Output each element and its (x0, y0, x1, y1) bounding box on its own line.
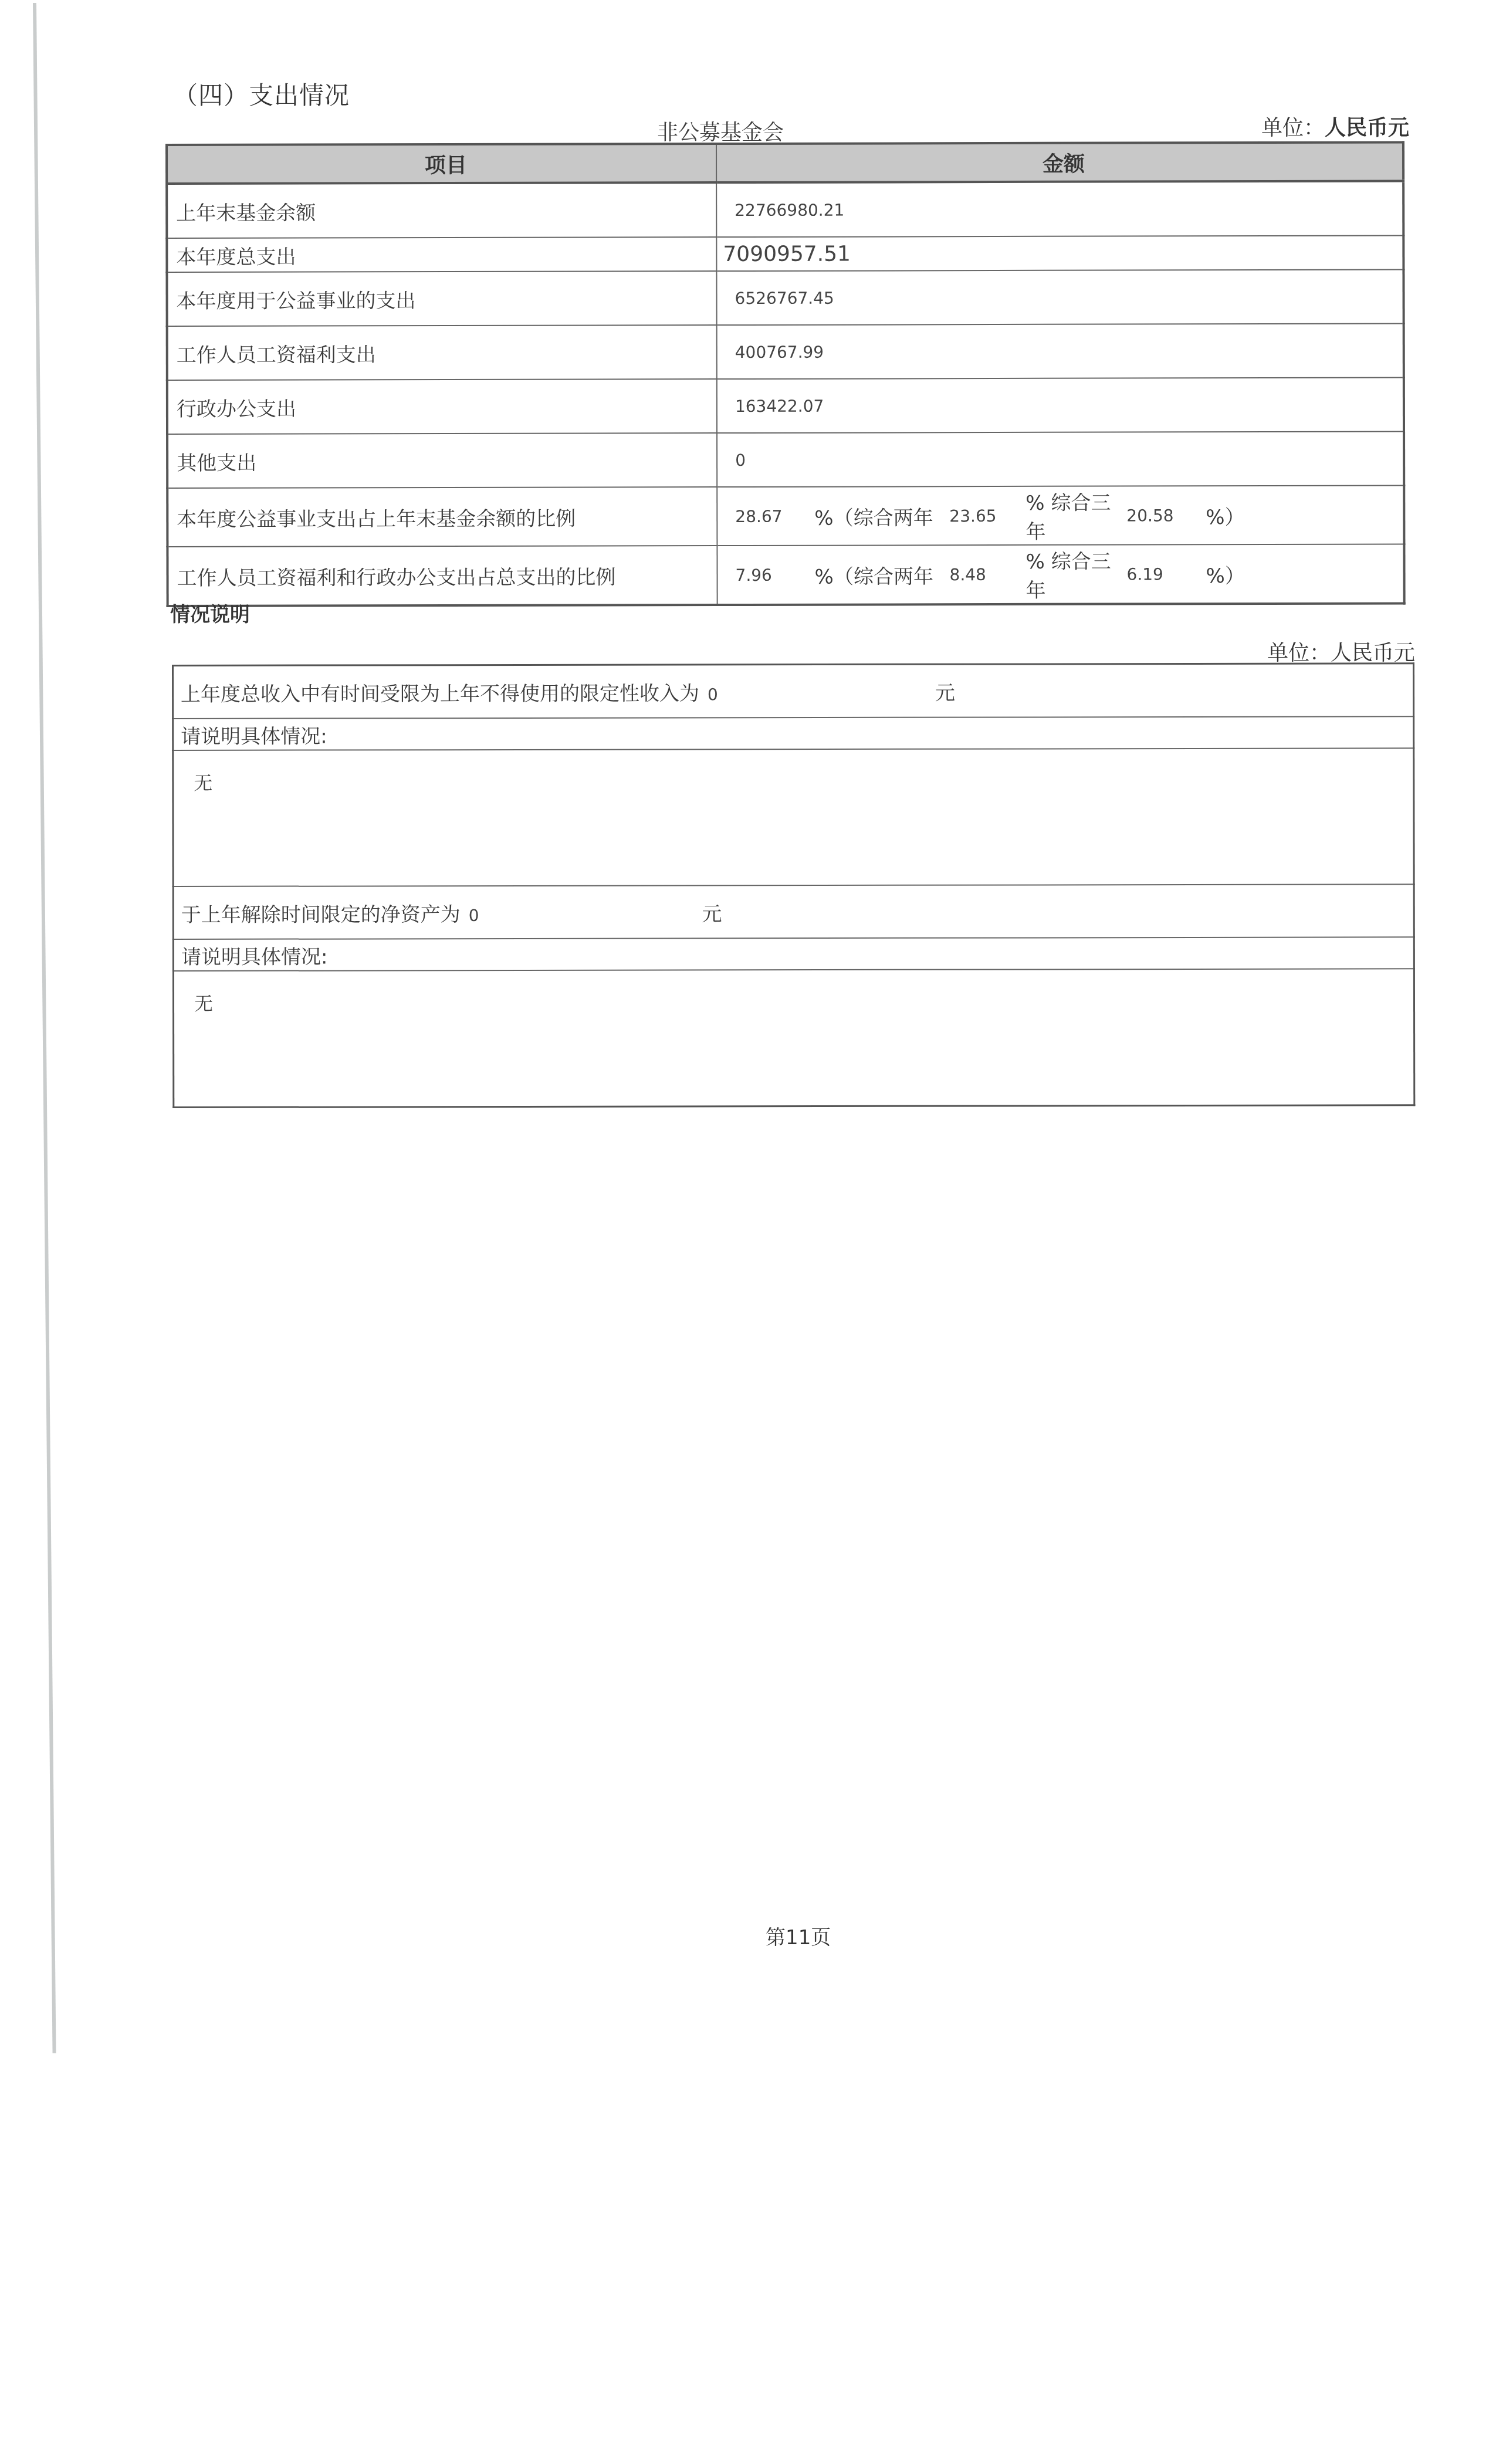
header-item: 项目 (167, 144, 716, 184)
expense-table-header: 项目 金额 (167, 143, 1403, 184)
restricted-income-detail-row: 无 (173, 748, 1414, 886)
restricted-income-currency: 元 (935, 676, 955, 705)
released-net-assets-prompt: 请说明具体情况: (173, 937, 1414, 971)
ratio-close: %） (1206, 560, 1244, 588)
restricted-income-prompt: 请说明具体情况: (173, 716, 1414, 750)
ratio-values: 7.96 %（综合两年 8.48 % 综合三年 6.19 %） (735, 545, 1403, 604)
scan-edge-line (33, 3, 56, 2053)
ratio-two-year-label: %（综合两年 (814, 502, 949, 530)
ratio-current: 28.67 (735, 506, 814, 526)
row-label: 工作人员工资福利支出 (167, 325, 717, 380)
table-row: 工作人员工资福利支出 400767.99 (167, 324, 1404, 380)
released-net-assets-value: 0 (469, 906, 479, 925)
ratio-three-year-label: % 综合三年 (1025, 546, 1126, 603)
table-row: 本年度用于公益事业的支出 6526767.45 (167, 270, 1403, 326)
ratio-current: 7.96 (736, 565, 815, 584)
ratio-two-year: 23.65 (949, 506, 1025, 525)
restricted-income-prompt-row: 请说明具体情况: (173, 716, 1414, 750)
row-label: 上年末基金余额 (167, 182, 716, 238)
row-label: 行政办公支出 (167, 379, 717, 434)
ratio-two-year-label: %（综合两年 (814, 560, 949, 589)
ratio-row: 本年度公益事业支出占上年末基金余额的比例 28.67 %（综合两年 23.65 … (167, 486, 1404, 547)
ratio-label: 本年度公益事业支出占上年末基金余额的比例 (167, 487, 717, 547)
ratio-close: %） (1206, 501, 1244, 530)
row-value: 0 (717, 432, 1404, 487)
ratio-two-year: 8.48 (950, 564, 1026, 584)
org-type-label: 非公募基金会 (657, 116, 784, 146)
unit-label: 单位：人民币元 (1261, 111, 1409, 141)
released-net-assets-label: 于上年解除时间限定的净资产为 (181, 903, 461, 927)
released-net-assets-prompt-row: 请说明具体情况: (173, 937, 1414, 971)
unit-value: 人民币元 (1325, 116, 1409, 140)
row-value: 7090957.51 (716, 236, 1403, 271)
ratio-three-year: 20.58 (1126, 506, 1206, 525)
notes-title: 情况说明 (170, 598, 250, 627)
notes-unit-label: 单位：人民币元 (1267, 637, 1415, 666)
ratio-label: 工作人员工资福利和行政办公支出占总支出的比例 (167, 546, 717, 606)
released-net-assets-row: 于上年解除时间限定的净资产为0元 (173, 884, 1414, 939)
row-value: 163422.07 (717, 378, 1404, 433)
expense-table: 项目 金额 上年末基金余额 22766980.21 本年度总支出 7090957… (165, 141, 1406, 607)
row-value: 400767.99 (717, 324, 1404, 379)
ratio-three-year-label: % 综合三年 (1025, 487, 1126, 544)
unit-prefix: 单位： (1261, 116, 1325, 140)
restricted-income-row: 上年度总收入中有时间受限为上年不得使用的限定性收入为0元 (173, 664, 1414, 719)
row-value: 6526767.45 (716, 270, 1403, 325)
restricted-income-detail: 无 (173, 748, 1414, 886)
ratio-values: 28.67 %（综合两年 23.65 % 综合三年 20.58 %） (735, 486, 1403, 545)
table-row: 上年末基金余额 22766980.21 (167, 181, 1403, 238)
page-number: 第11页 (766, 1921, 831, 1950)
row-label: 本年度用于公益事业的支出 (167, 271, 716, 326)
restricted-income-value: 0 (708, 685, 718, 704)
section-title: （四）支出情况 (173, 76, 350, 111)
row-label: 其他支出 (167, 433, 717, 488)
row-value: 22766980.21 (716, 181, 1403, 237)
table-row: 其他支出 0 (167, 432, 1404, 488)
table-row: 本年度总支出 7090957.51 (167, 236, 1403, 272)
table-row: 行政办公支出 163422.07 (167, 378, 1404, 434)
notes-table: 上年度总收入中有时间受限为上年不得使用的限定性收入为0元 请说明具体情况: 无 … (172, 662, 1415, 1108)
released-net-assets-detail-row: 无 (173, 969, 1414, 1107)
row-label: 本年度总支出 (167, 237, 716, 272)
restricted-income-label: 上年度总收入中有时间受限为上年不得使用的限定性收入为 (181, 682, 699, 706)
ratio-three-year: 6.19 (1127, 564, 1206, 584)
ratio-row: 工作人员工资福利和行政办公支出占总支出的比例 7.96 %（综合两年 8.48 … (167, 544, 1404, 606)
released-net-assets-detail: 无 (173, 969, 1414, 1107)
released-net-assets-currency: 元 (702, 898, 722, 926)
header-amount: 金额 (716, 143, 1403, 182)
